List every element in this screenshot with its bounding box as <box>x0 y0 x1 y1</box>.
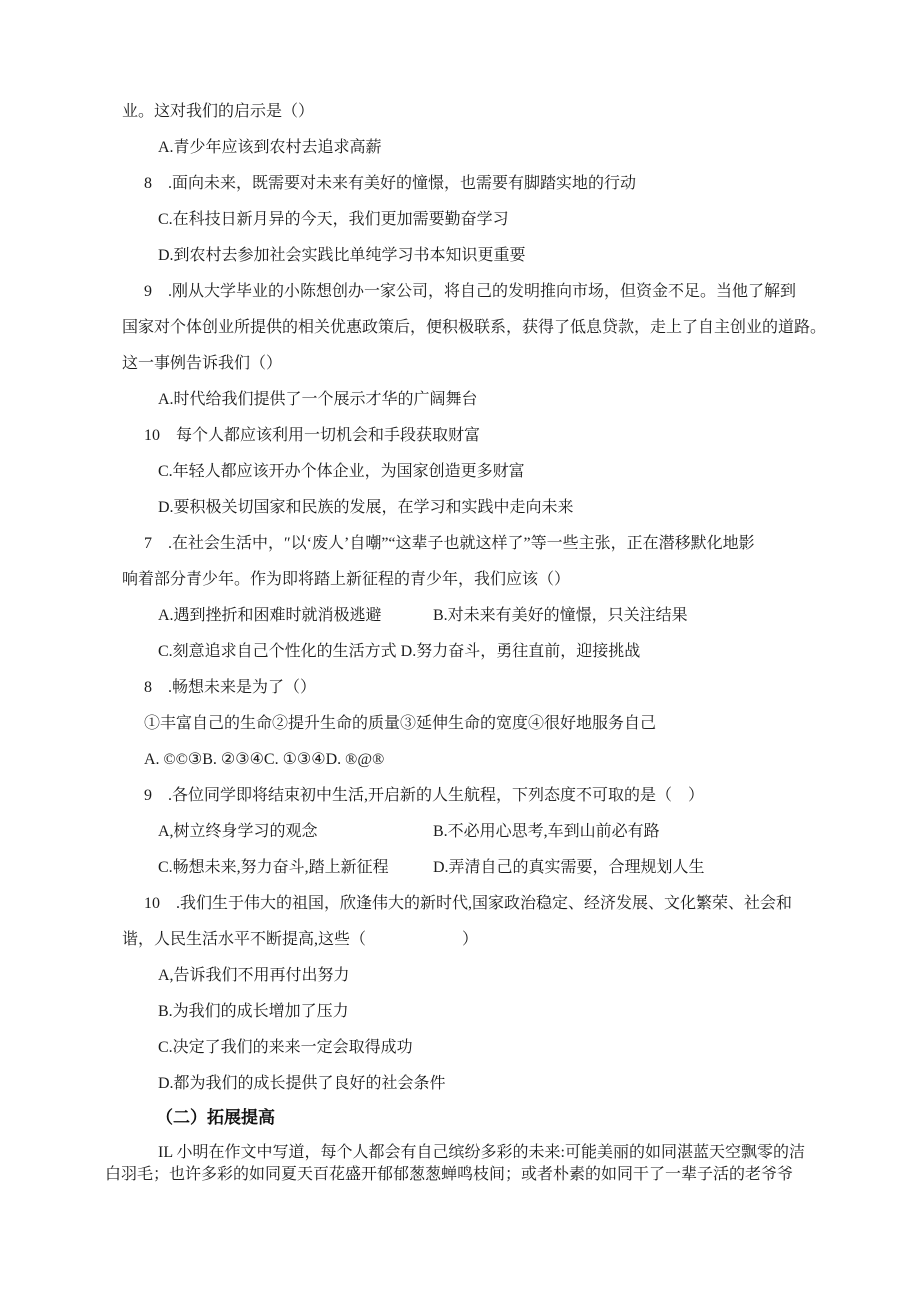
option-pair-line: A,树立终身学习的观念B.不必用心思考,车到山前必有路 <box>158 814 808 850</box>
option-line-b: B.为我们的成长增加了压力 <box>158 994 808 1030</box>
option-pair-line: C.刻意追求自己个性化的生活方式 D.努力奋斗，勇往直前，迎接挑战 <box>158 634 808 670</box>
question-line-8b: 8 .畅想未来是为了（） <box>122 670 808 706</box>
question-line-10b: 10 .我们生于伟大的祖国，欣逢伟大的新时代,国家政治稳定、经济发展、文化繁荣、… <box>122 886 808 922</box>
option-pair-line: A.遇到挫折和困难时就消极逃避B.对未来有美好的憧憬，只关注结果 <box>158 598 808 634</box>
option-line-d: D.都为我们的成长提供了良好的社会条件 <box>158 1066 808 1102</box>
body-line: 响着部分青少年。作为即将踏上新征程的青少年，我们应该（） <box>122 562 808 598</box>
option-line-a: A.青少年应该到农村去追求高薪 <box>158 130 808 166</box>
question-line-8: 8 .面向未来，既需要对未来有美好的憧憬，也需要有脚踏实地的行动 <box>122 166 808 202</box>
section-heading: （二）拓展提高 <box>156 1102 808 1134</box>
option-b: B.对未来有美好的憧憬，只关注结果 <box>433 607 688 624</box>
option-line-d: D.到农村去参加社会实践比单纯学习书本知识更重要 <box>158 238 808 274</box>
question-line-10: 10 每个人都应该利用一切机会和手段获取财富 <box>122 418 808 454</box>
option-pair-line: C.畅想未来,努力奋斗,踏上新征程D.弄清自己的真实需要，合理规划人生 <box>158 850 808 886</box>
option-line-a: A.时代给我们提供了一个展示才华的广阔舞台 <box>158 382 808 418</box>
option-line-c: C.年轻人都应该开办个体企业，为国家创造更多财富 <box>158 454 808 490</box>
paragraph-line: 白羽毛；也许多彩的如同夏天百花盛开郁郁葱葱蝉鸣枝间；或者朴素的如同干了一辈子活的… <box>105 1164 808 1186</box>
question-line-7: 7 .在社会生活中，″以‘废人’自嘲”“这辈子也就这样了”等一些主张，正在潜移默… <box>122 526 808 562</box>
body-line: 谐，人民生活水平不断提高,这些（ ） <box>122 922 808 958</box>
option-line-a: A,告诉我们不用再付出努力 <box>158 958 808 994</box>
option-a: A,树立终身学习的观念 <box>158 814 433 850</box>
body-line: 国家对个体创业所提供的相关优惠政策后，便积极联系，获得了低息贷款，走上了自主创业… <box>122 310 808 346</box>
question-line-9b: 9 .各位同学即将结束初中生活,开启新的人生航程，下列态度不可取的是（ ） <box>122 778 808 814</box>
option-line-c: C.在科技日新月异的今天，我们更加需要勤奋学习 <box>158 202 808 238</box>
numbered-items-line: ①丰富自己的生命②提升生命的质量③延伸生命的宽度④很好地服务自己 <box>144 706 808 742</box>
option-line-d: D.要积极关切国家和民族的发展，在学习和实践中走向未来 <box>158 490 808 526</box>
option-c: C.畅想未来,努力奋斗,踏上新征程 <box>158 850 433 886</box>
question-line-9: 9 .刚从大学毕业的小陈想创办一家公司，将自己的发明推向市场，但资金不足。当他了… <box>122 274 808 310</box>
option-d: D.弄清自己的真实需要，合理规划人生 <box>433 859 705 876</box>
body-line: 这一事例告诉我们（） <box>122 346 808 382</box>
paragraph-line: IL 小明在作文中写道，每个人都会有自己缤纷多彩的未来:可能美丽的如同湛蓝天空飘… <box>105 1142 808 1164</box>
document-page: 业。这对我们的启示是（） A.青少年应该到农村去追求高薪 8 .面向未来，既需要… <box>0 0 920 1301</box>
body-line: 业。这对我们的启示是（） <box>122 94 808 130</box>
option-line-c: C.决定了我们的来来一定会取得成功 <box>158 1030 808 1066</box>
option-b: B.不必用心思考,车到山前必有路 <box>433 823 660 840</box>
answer-choices-line: A. ©©③B. ②③④C. ①③④D. ®@® <box>144 742 808 778</box>
option-a: A.遇到挫折和困难时就消极逃避 <box>158 598 433 634</box>
